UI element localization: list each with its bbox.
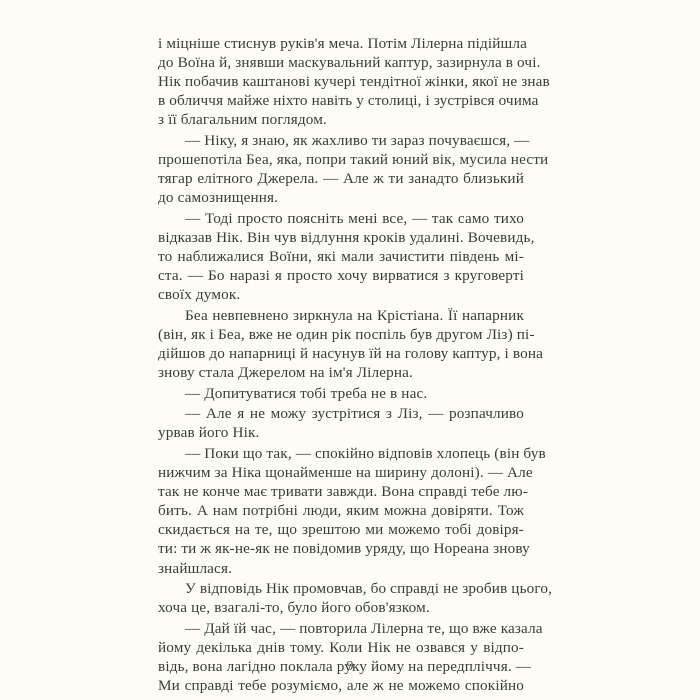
text-line: ти: ти ж як-не-як не повідомив уряду, що…	[158, 539, 524, 558]
text-line: до самознищення.	[158, 188, 524, 207]
text-line: в обличчя майже ніхто навіть у столиці, …	[158, 91, 524, 110]
text-line: нижчим за Ніка щонайменше на ширину доло…	[158, 463, 524, 482]
text-line: бить. А нам потрібні люди, яким можна до…	[158, 501, 524, 520]
text-line: своїх думок.	[158, 285, 524, 304]
text-line: то наближалися Воїни, які мали зачистити…	[158, 247, 524, 266]
paragraph-9: — Дай їй час, — повторила Лілерна те, що…	[158, 619, 524, 695]
paragraph-2: — Ніку, я знаю, як жахливо ти зараз почу…	[158, 131, 524, 207]
text-line: Ми справді тебе розуміємо, але ж не може…	[158, 676, 524, 695]
text-line: У відповідь Нік промовчав, бо справді не…	[158, 579, 524, 598]
paragraph-3: — Тоді просто поясніть мені все, — так с…	[158, 209, 524, 304]
text-line: з її благальним поглядом.	[158, 110, 524, 129]
text-line: знайшлася.	[158, 559, 524, 578]
paragraph-1: і міцніше стиснув руків'я меча. Потім Лі…	[158, 34, 524, 129]
text-line: ста. — Бо наразі я просто хочу вирватися…	[158, 266, 524, 285]
page-number: 9	[0, 659, 700, 675]
book-page-text: і міцніше стиснув руків'я меча. Потім Лі…	[158, 34, 524, 697]
paragraph-4: Беа невпевнено зиркнула на Крістіана. Її…	[158, 306, 524, 382]
text-line: так не конче має тривати завжди. Вона сп…	[158, 482, 524, 501]
text-line: і міцніше стиснув руків'я меча. Потім Лі…	[158, 34, 524, 53]
text-line: Беа невпевнено зиркнула на Крістіана. Її…	[158, 306, 524, 325]
text-line: — Дай їй час, — повторила Лілерна те, що…	[158, 619, 524, 638]
text-line: скидається на те, що зрештою ми можемо т…	[158, 520, 524, 539]
text-line: (він, як і Беа, вже не один рік поспіль …	[158, 325, 524, 344]
text-line: — Поки що так, — спокійно відповів хлопе…	[158, 444, 524, 463]
paragraph-8: У відповідь Нік промовчав, бо справді не…	[158, 579, 524, 617]
text-line: прошепотіла Беа, яка, попри такий юний в…	[158, 150, 524, 169]
paragraph-5: — Допитуватися тобі треба не в нас.	[158, 384, 524, 403]
text-line: тягар елітного Джерела. — Але ж ти занад…	[158, 169, 524, 188]
paragraph-6: — Але я не можу зустрітися з Ліз, — розп…	[158, 404, 524, 442]
text-line: відказав Нік. Він чув відлуння кроків уд…	[158, 228, 524, 247]
text-line: — Допитуватися тобі треба не в нас.	[158, 384, 524, 403]
text-line: Нік побачив каштанові кучері тендітної ж…	[158, 72, 524, 91]
text-line: — Але я не можу зустрітися з Ліз, — розп…	[158, 404, 524, 423]
text-line: йому декілька днів тому. Коли Нік не озв…	[158, 638, 524, 657]
text-line: урвав його Нік.	[158, 423, 524, 442]
paragraph-7: — Поки що так, — спокійно відповів хлопе…	[158, 444, 524, 578]
text-line: — Тоді просто поясніть мені все, — так с…	[158, 209, 524, 228]
text-line: хоча це, взагалі-то, було його обов'язко…	[158, 598, 524, 617]
text-line: дійшов до напарниці й насунув їй на голо…	[158, 344, 524, 363]
text-line: до Воїна й, знявши маскувальний каптур, …	[158, 53, 524, 72]
text-line: — Ніку, я знаю, як жахливо ти зараз почу…	[158, 131, 524, 150]
text-line: знову стала Джерелом на ім'я Лілерна.	[158, 363, 524, 382]
